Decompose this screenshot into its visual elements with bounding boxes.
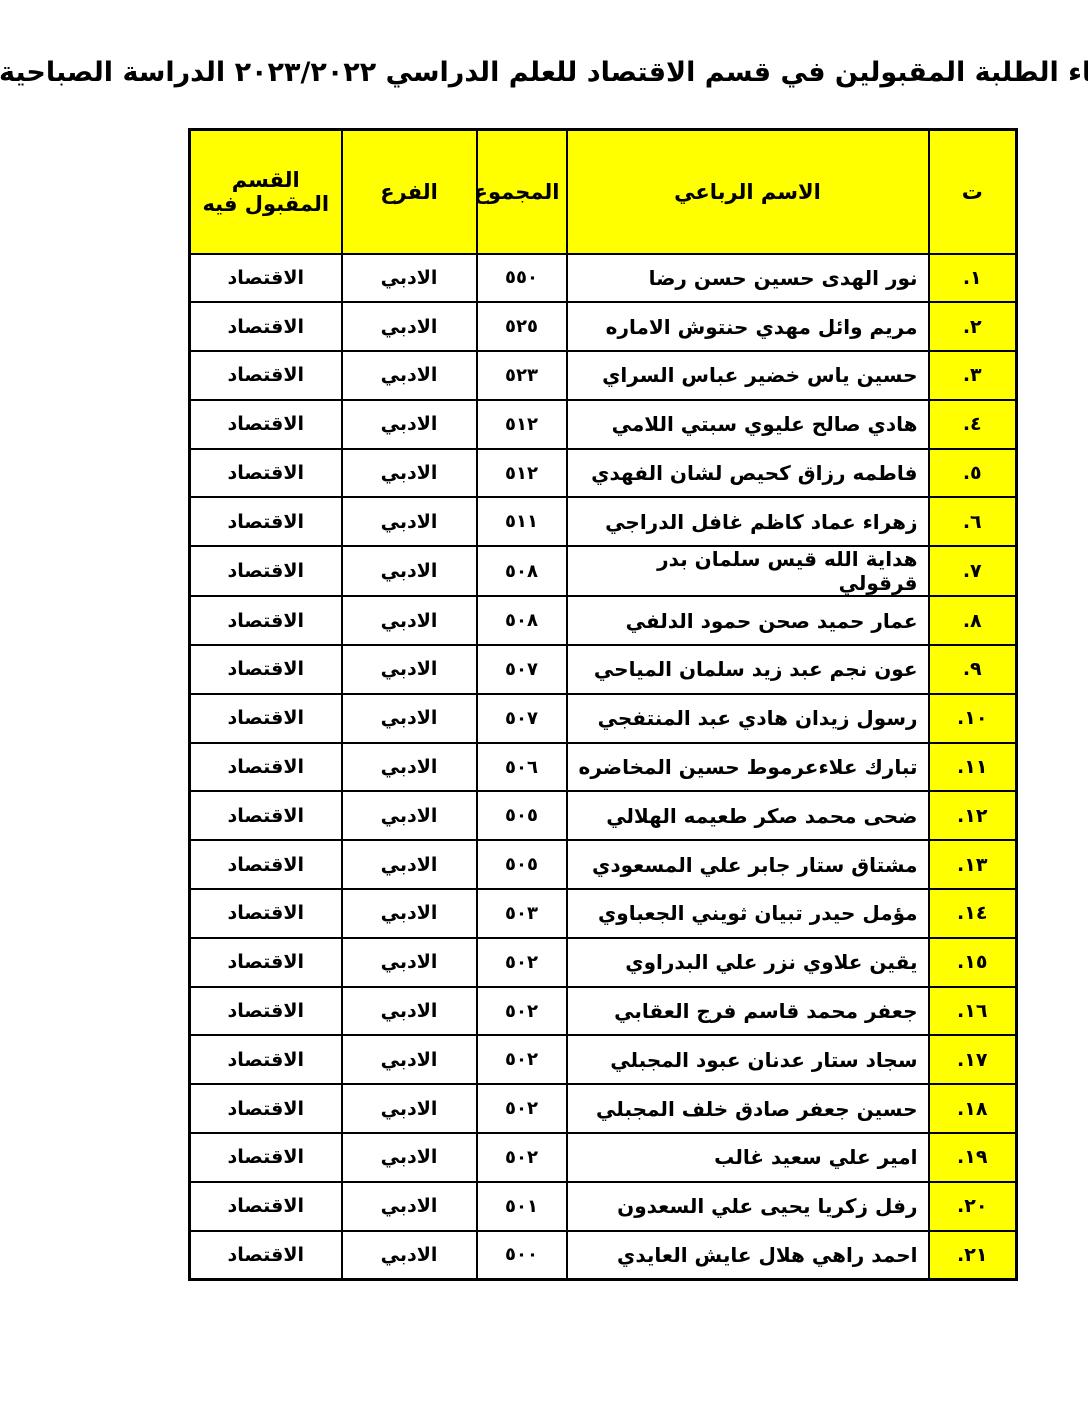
cell-index: ١٢.	[871, 791, 959, 840]
header-index: ت	[871, 130, 959, 254]
cell-department: الاقتصاد	[132, 596, 284, 645]
cell-branch: الادبي	[284, 938, 419, 987]
cell-index: ٧.	[871, 546, 959, 596]
table-header-row: ت الاسم الرباعي المجموع الفرع القسم المق…	[132, 130, 959, 254]
cell-total: ٥٠٢	[419, 987, 509, 1036]
cell-department: الاقتصاد	[132, 743, 284, 792]
cell-total: ٥٠٥	[419, 791, 509, 840]
cell-name: عمار حميد صحن حمود الدلفي	[509, 596, 871, 645]
cell-total: ٥٠٢	[419, 1084, 509, 1133]
table-row: ١٠. رسول زيدان هادي عبد المنتفجي ٥٠٧ الا…	[132, 694, 959, 743]
cell-index: ١٨.	[871, 1084, 959, 1133]
cell-branch: الادبي	[284, 449, 419, 498]
table-row: ٧. هداية الله قيس سلمان بدر قرقولي ٥٠٨ ا…	[132, 546, 959, 596]
cell-department: الاقتصاد	[132, 1133, 284, 1182]
table-row: ١٩. امير علي سعيد غالب ٥٠٢ الادبي الاقتص…	[132, 1133, 959, 1182]
cell-total: ٥٠٢	[419, 938, 509, 987]
cell-total: ٥٢٣	[419, 351, 509, 400]
cell-branch: الادبي	[284, 1133, 419, 1182]
cell-department: الاقتصاد	[132, 302, 284, 351]
cell-index: ١.	[871, 254, 959, 303]
cell-branch: الادبي	[284, 1084, 419, 1133]
cell-name: حسين ياس خضير عباس السراي	[509, 351, 871, 400]
cell-branch: الادبي	[284, 1035, 419, 1084]
cell-department: الاقتصاد	[132, 791, 284, 840]
cell-index: ٣.	[871, 351, 959, 400]
cell-total: ٥٠٧	[419, 645, 509, 694]
cell-department: الاقتصاد	[132, 694, 284, 743]
cell-total: ٥٠٧	[419, 694, 509, 743]
table-row: ٤. هادي صالح عليوي سبتي اللامي ٥١٢ الادب…	[132, 400, 959, 449]
cell-total: ٥٠٥	[419, 840, 509, 889]
cell-index: ٢٠.	[871, 1182, 959, 1231]
cell-index: ١٥.	[871, 938, 959, 987]
cell-index: ٩.	[871, 645, 959, 694]
cell-name: يقين علاوي نزر علي البدراوي	[509, 938, 871, 987]
cell-total: ٥١٢	[419, 400, 509, 449]
cell-index: ١١.	[871, 743, 959, 792]
cell-index: ٤.	[871, 400, 959, 449]
cell-name: هداية الله قيس سلمان بدر قرقولي	[509, 546, 871, 596]
header-name: الاسم الرباعي	[509, 130, 871, 254]
cell-department: الاقتصاد	[132, 1084, 284, 1133]
cell-department: الاقتصاد	[132, 449, 284, 498]
table-row: ٢٠. رفل زكريا يحيى علي السعدون ٥٠١ الادب…	[132, 1182, 959, 1231]
cell-branch: الادبي	[284, 645, 419, 694]
cell-department: الاقتصاد	[132, 645, 284, 694]
cell-name: سجاد ستار عدنان عبود المجبلي	[509, 1035, 871, 1084]
cell-total: ٥٠٨	[419, 546, 509, 596]
cell-branch: الادبي	[284, 1231, 419, 1280]
cell-name: مريم وائل مهدي حنتوش الاماره	[509, 302, 871, 351]
cell-name: امير علي سعيد غالب	[509, 1133, 871, 1182]
cell-department: الاقتصاد	[132, 351, 284, 400]
table-row: ٦. زهراء عماد كاظم غافل الدراجي ٥١١ الاد…	[132, 497, 959, 546]
cell-branch: الادبي	[284, 351, 419, 400]
students-table-body: ١. نور الهدى حسين حسن رضا ٥٥٠ الادبي الا…	[132, 254, 959, 1280]
table-row: ٣. حسين ياس خضير عباس السراي ٥٢٣ الادبي …	[132, 351, 959, 400]
cell-branch: الادبي	[284, 302, 419, 351]
cell-name: احمد راهي هلال عايش العايدي	[509, 1231, 871, 1280]
table-row: ١١. تبارك علاءعرموط حسين المخاضره ٥٠٦ ال…	[132, 743, 959, 792]
cell-name: هادي صالح عليوي سبتي اللامي	[509, 400, 871, 449]
table-row: ٨. عمار حميد صحن حمود الدلفي ٥٠٨ الادبي …	[132, 596, 959, 645]
cell-name: جعفر محمد قاسم فرج العقابي	[509, 987, 871, 1036]
cell-index: ٨.	[871, 596, 959, 645]
cell-index: ١٩.	[871, 1133, 959, 1182]
cell-total: ٥٠٦	[419, 743, 509, 792]
cell-branch: الادبي	[284, 546, 419, 596]
table-row: ٩. عون نجم عبد زيد سلمان المياحي ٥٠٧ الا…	[132, 645, 959, 694]
cell-branch: الادبي	[284, 791, 419, 840]
document-page: اسماء الطلبة المقبولين في قسم الاقتصاد ل…	[0, 0, 1088, 1408]
table-row: ١٣. مشتاق ستار جابر علي المسعودي ٥٠٥ الا…	[132, 840, 959, 889]
cell-total: ٥٢٥	[419, 302, 509, 351]
table-row: ٢١. احمد راهي هلال عايش العايدي ٥٠٠ الاد…	[132, 1231, 959, 1280]
cell-index: ٦.	[871, 497, 959, 546]
cell-department: الاقتصاد	[132, 400, 284, 449]
cell-name: تبارك علاءعرموط حسين المخاضره	[509, 743, 871, 792]
cell-branch: الادبي	[284, 497, 419, 546]
cell-branch: الادبي	[284, 889, 419, 938]
cell-name: عون نجم عبد زيد سلمان المياحي	[509, 645, 871, 694]
cell-department: الاقتصاد	[132, 1035, 284, 1084]
cell-department: الاقتصاد	[132, 938, 284, 987]
table-row: ١٥. يقين علاوي نزر علي البدراوي ٥٠٢ الاد…	[132, 938, 959, 987]
cell-name: حسين جعفر صادق خلف المجبلي	[509, 1084, 871, 1133]
cell-total: ٥٥٠	[419, 254, 509, 303]
cell-department: الاقتصاد	[132, 1182, 284, 1231]
cell-name: نور الهدى حسين حسن رضا	[509, 254, 871, 303]
cell-department: الاقتصاد	[132, 254, 284, 303]
cell-branch: الادبي	[284, 987, 419, 1036]
cell-department: الاقتصاد	[132, 497, 284, 546]
page-title: اسماء الطلبة المقبولين في قسم الاقتصاد ل…	[0, 0, 1088, 95]
cell-total: ٥٠٢	[419, 1133, 509, 1182]
cell-total: ٥٠٣	[419, 889, 509, 938]
cell-index: ١٤.	[871, 889, 959, 938]
cell-index: ١٠.	[871, 694, 959, 743]
table-row: ٢. مريم وائل مهدي حنتوش الاماره ٥٢٥ الاد…	[132, 302, 959, 351]
cell-name: رفل زكريا يحيى علي السعدون	[509, 1182, 871, 1231]
cell-branch: الادبي	[284, 694, 419, 743]
cell-total: ٥٠٨	[419, 596, 509, 645]
cell-branch: الادبي	[284, 1182, 419, 1231]
table-row: ١٧. سجاد ستار عدنان عبود المجبلي ٥٠٢ الا…	[132, 1035, 959, 1084]
cell-index: ١٦.	[871, 987, 959, 1036]
cell-name: مؤمل حيدر تبيان ثويني الجعباوي	[509, 889, 871, 938]
cell-index: ١٧.	[871, 1035, 959, 1084]
cell-total: ٥٠٠	[419, 1231, 509, 1280]
cell-department: الاقتصاد	[132, 987, 284, 1036]
header-branch: الفرع	[284, 130, 419, 254]
cell-total: ٥٠١	[419, 1182, 509, 1231]
cell-name: رسول زيدان هادي عبد المنتفجي	[509, 694, 871, 743]
students-table: ت الاسم الرباعي المجموع الفرع القسم المق…	[130, 128, 960, 1281]
cell-department: الاقتصاد	[132, 840, 284, 889]
cell-department: الاقتصاد	[132, 546, 284, 596]
table-row: ١٢. ضحى محمد صكر طعيمه الهلالي ٥٠٥ الادب…	[132, 791, 959, 840]
cell-branch: الادبي	[284, 596, 419, 645]
header-total: المجموع	[419, 130, 509, 254]
table-row: ١٦. جعفر محمد قاسم فرج العقابي ٥٠٢ الادب…	[132, 987, 959, 1036]
cell-branch: الادبي	[284, 743, 419, 792]
cell-name: فاطمه رزاق كحيص لشان الفهدي	[509, 449, 871, 498]
table-row: ١٨. حسين جعفر صادق خلف المجبلي ٥٠٢ الادب…	[132, 1084, 959, 1133]
cell-branch: الادبي	[284, 400, 419, 449]
cell-total: ٥١١	[419, 497, 509, 546]
cell-name: زهراء عماد كاظم غافل الدراجي	[509, 497, 871, 546]
cell-department: الاقتصاد	[132, 889, 284, 938]
cell-index: ٥.	[871, 449, 959, 498]
table-row: ٥. فاطمه رزاق كحيص لشان الفهدي ٥١٢ الادب…	[132, 449, 959, 498]
cell-index: ١٣.	[871, 840, 959, 889]
header-department: القسم المقبول فيه	[132, 130, 284, 254]
cell-total: ٥١٢	[419, 449, 509, 498]
cell-name: ضحى محمد صكر طعيمه الهلالي	[509, 791, 871, 840]
cell-total: ٥٠٢	[419, 1035, 509, 1084]
cell-department: الاقتصاد	[132, 1231, 284, 1280]
cell-branch: الادبي	[284, 254, 419, 303]
cell-name: مشتاق ستار جابر علي المسعودي	[509, 840, 871, 889]
cell-index: ٢١.	[871, 1231, 959, 1280]
cell-branch: الادبي	[284, 840, 419, 889]
table-row: ١. نور الهدى حسين حسن رضا ٥٥٠ الادبي الا…	[132, 254, 959, 303]
table-row: ١٤. مؤمل حيدر تبيان ثويني الجعباوي ٥٠٣ ا…	[132, 889, 959, 938]
cell-index: ٢.	[871, 302, 959, 351]
